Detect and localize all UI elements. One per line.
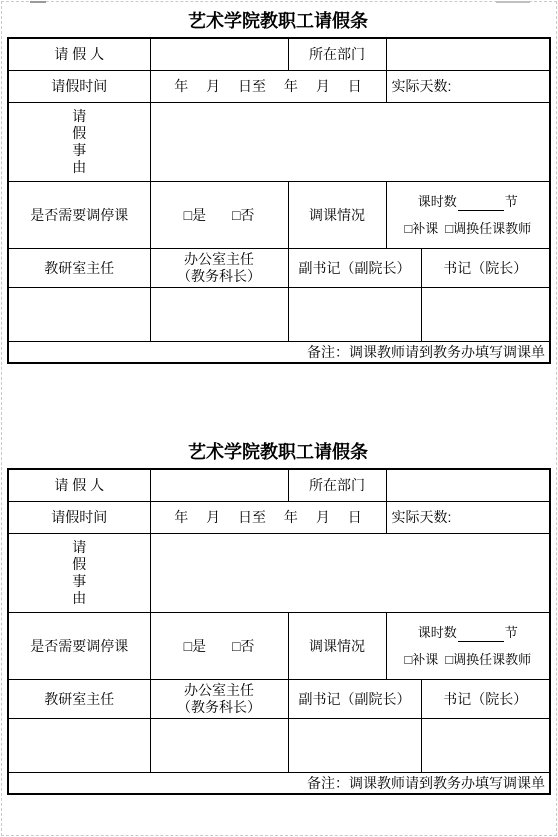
table-row: 备注：调课教师请到教务办填写调课单 xyxy=(8,342,550,364)
actual-days-cell[interactable]: 实际天数: xyxy=(386,502,550,534)
need-adjust-class-label: 是否需要调停课 xyxy=(8,613,150,680)
yes-no-checkbox-cell: □是 □否 xyxy=(150,613,288,680)
approver-office-director-label: 办公室主任 （教务科长） xyxy=(150,680,288,719)
leave-form-table: 请 假 人 所在部门 请假时间 年 月 日至 年 月 日 实际天数: 请 假 事… xyxy=(7,468,551,795)
hours-suffix-label: 节 xyxy=(505,194,518,209)
yes-no-checkbox-cell: □是 □否 xyxy=(150,182,288,249)
document-page: 艺术学院教职工请假条 请 假 人 所在部门 请假时间 年 月 日至 年 月 日 … xyxy=(0,0,558,795)
checkbox-yes[interactable]: □是 xyxy=(184,637,206,656)
department-label: 所在部门 xyxy=(288,469,386,502)
table-row xyxy=(8,288,550,342)
checkbox-no[interactable]: □否 xyxy=(232,206,254,225)
applicant-input-cell[interactable] xyxy=(150,469,288,502)
class-hours-line: 课时数节 xyxy=(387,624,550,642)
approver-secretary-label: 书记（院长） xyxy=(421,680,550,719)
approver-secretary-label: 书记（院长） xyxy=(421,249,550,288)
class-hours-line: 课时数节 xyxy=(387,193,550,211)
table-row: 请 假 人 所在部门 xyxy=(8,38,550,71)
approver-office-director-line1: 办公室主任 xyxy=(151,251,288,268)
signature-cell-teaching-office-director[interactable] xyxy=(8,719,150,773)
actual-days-cell[interactable]: 实际天数: xyxy=(386,71,550,103)
reason-label: 请 假 事 由 xyxy=(8,534,150,613)
approver-deputy-secretary-label: 副书记（副院长） xyxy=(288,680,421,719)
applicant-label: 请 假 人 xyxy=(8,38,150,71)
checkbox-replace-teacher[interactable]: □调换任课教师 xyxy=(445,220,531,238)
leave-date-input-cell[interactable]: 年 月 日至 年 月 日 xyxy=(150,71,386,103)
reason-input-cell[interactable] xyxy=(150,103,550,182)
checkbox-makeup-class[interactable]: □补课 xyxy=(404,220,438,238)
signature-cell-office-director[interactable] xyxy=(150,288,288,342)
table-row: 是否需要调停课 □是 □否 调课情况 课时数节 □补课 □调换任课教师 xyxy=(8,613,550,680)
department-label: 所在部门 xyxy=(288,38,386,71)
approver-office-director-label: 办公室主任 （教务科长） xyxy=(150,249,288,288)
table-row: 请 假 事 由 xyxy=(8,103,550,182)
table-row: 教研室主任 办公室主任 （教务科长） 副书记（副院长） 书记（院长） xyxy=(8,249,550,288)
checkbox-yes[interactable]: □是 xyxy=(184,206,206,225)
signature-cell-deputy-secretary[interactable] xyxy=(288,288,421,342)
leave-request-form: 艺术学院教职工请假条 请 假 人 所在部门 请假时间 年 月 日至 年 月 日 … xyxy=(7,439,549,795)
department-input-cell[interactable] xyxy=(386,469,550,502)
signature-cell-secretary[interactable] xyxy=(421,288,550,342)
table-row xyxy=(8,719,550,773)
table-row: 请假时间 年 月 日至 年 月 日 实际天数: xyxy=(8,502,550,534)
signature-cell-office-director[interactable] xyxy=(150,719,288,773)
course-adjust-label: 调课情况 xyxy=(288,182,386,249)
signature-cell-deputy-secretary[interactable] xyxy=(288,719,421,773)
course-adjust-detail-cell: 课时数节 □补课 □调换任课教师 xyxy=(386,613,550,680)
checkbox-replace-teacher[interactable]: □调换任课教师 xyxy=(445,651,531,669)
approver-teaching-office-director-label: 教研室主任 xyxy=(8,680,150,719)
table-row: 请假时间 年 月 日至 年 月 日 实际天数: xyxy=(8,71,550,103)
table-row: 教研室主任 办公室主任 （教务科长） 副书记（副院长） 书记（院长） xyxy=(8,680,550,719)
reason-label: 请 假 事 由 xyxy=(8,103,150,182)
leave-date-input-cell[interactable]: 年 月 日至 年 月 日 xyxy=(150,502,386,534)
approver-deputy-secretary-label: 副书记（副院长） xyxy=(288,249,421,288)
table-row: 备注：调课教师请到教务办填写调课单 xyxy=(8,773,550,795)
form-title: 艺术学院教职工请假条 xyxy=(7,439,549,465)
signature-cell-secretary[interactable] xyxy=(421,719,550,773)
note-text: 备注：调课教师请到教务办填写调课单 xyxy=(8,342,550,364)
form-title: 艺术学院教职工请假条 xyxy=(7,8,549,34)
note-text: 备注：调课教师请到教务办填写调课单 xyxy=(8,773,550,795)
table-row: 请 假 人 所在部门 xyxy=(8,469,550,502)
approver-office-director-line2: （教务科长） xyxy=(151,268,288,285)
checkbox-makeup-class[interactable]: □补课 xyxy=(404,651,438,669)
hours-suffix-label: 节 xyxy=(505,625,518,640)
leave-time-label: 请假时间 xyxy=(8,71,150,103)
department-input-cell[interactable] xyxy=(386,38,550,71)
leave-request-form: 艺术学院教职工请假条 请 假 人 所在部门 请假时间 年 月 日至 年 月 日 … xyxy=(7,8,549,364)
hours-blank-underline[interactable] xyxy=(458,628,504,642)
table-row: 请 假 事 由 xyxy=(8,534,550,613)
scan-artifact-mark xyxy=(496,1,530,3)
approver-office-director-line1: 办公室主任 xyxy=(151,682,288,699)
hours-blank-underline[interactable] xyxy=(458,197,504,211)
hours-prefix-label: 课时数 xyxy=(418,625,457,640)
checkbox-no[interactable]: □否 xyxy=(232,637,254,656)
applicant-label: 请 假 人 xyxy=(8,469,150,502)
applicant-input-cell[interactable] xyxy=(150,38,288,71)
course-adjust-detail-cell: 课时数节 □补课 □调换任课教师 xyxy=(386,182,550,249)
table-row: 是否需要调停课 □是 □否 调课情况 课时数节 □补课 □调换任课教师 xyxy=(8,182,550,249)
leave-time-label: 请假时间 xyxy=(8,502,150,534)
need-adjust-class-label: 是否需要调停课 xyxy=(8,182,150,249)
makeup-options-line: □补课 □调换任课教师 xyxy=(387,220,550,238)
makeup-options-line: □补课 □调换任课教师 xyxy=(387,651,550,669)
hours-prefix-label: 课时数 xyxy=(418,194,457,209)
approver-office-director-line2: （教务科长） xyxy=(151,699,288,716)
signature-cell-teaching-office-director[interactable] xyxy=(8,288,150,342)
leave-form-table: 请 假 人 所在部门 请假时间 年 月 日至 年 月 日 实际天数: 请 假 事… xyxy=(7,37,551,364)
course-adjust-label: 调课情况 xyxy=(288,613,386,680)
reason-input-cell[interactable] xyxy=(150,534,550,613)
approver-teaching-office-director-label: 教研室主任 xyxy=(8,249,150,288)
scan-artifact-mark xyxy=(30,1,46,3)
